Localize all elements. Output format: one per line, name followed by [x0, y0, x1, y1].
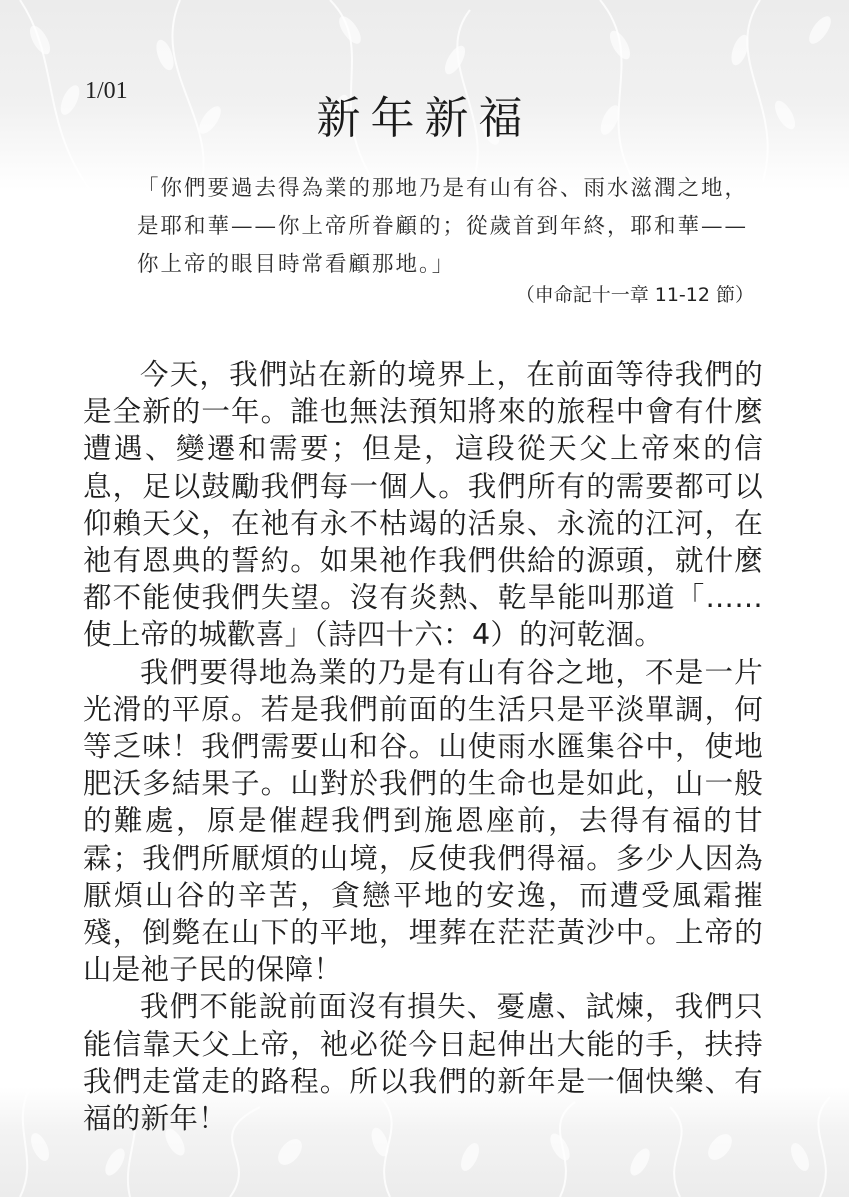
- devotional-body: 今天，我們站在新的境界上，在前面等待我們的是全新的一年。誰也無法預知將來的旅程中…: [83, 356, 763, 1137]
- page-title: 新年新福: [0, 82, 849, 146]
- scripture-reference: （申命記十一章 11-12 節）: [516, 280, 754, 307]
- paragraph: 我們要得地為業的乃是有山有谷之地，不是一片光滑的平原。若是我們前面的生活只是平淡…: [83, 654, 763, 989]
- paragraph: 今天，我們站在新的境界上，在前面等待我們的是全新的一年。誰也無法預知將來的旅程中…: [83, 356, 763, 654]
- scripture-quote: 「你們要過去得為業的那地乃是有山有谷、雨水滋潤之地，是耶和華——你上帝所眷顧的；…: [137, 170, 757, 284]
- paragraph: 我們不能說前面沒有損失、憂慮、試煉，我們只能信靠天父上帝，祂必從今日起伸出大能的…: [83, 988, 763, 1137]
